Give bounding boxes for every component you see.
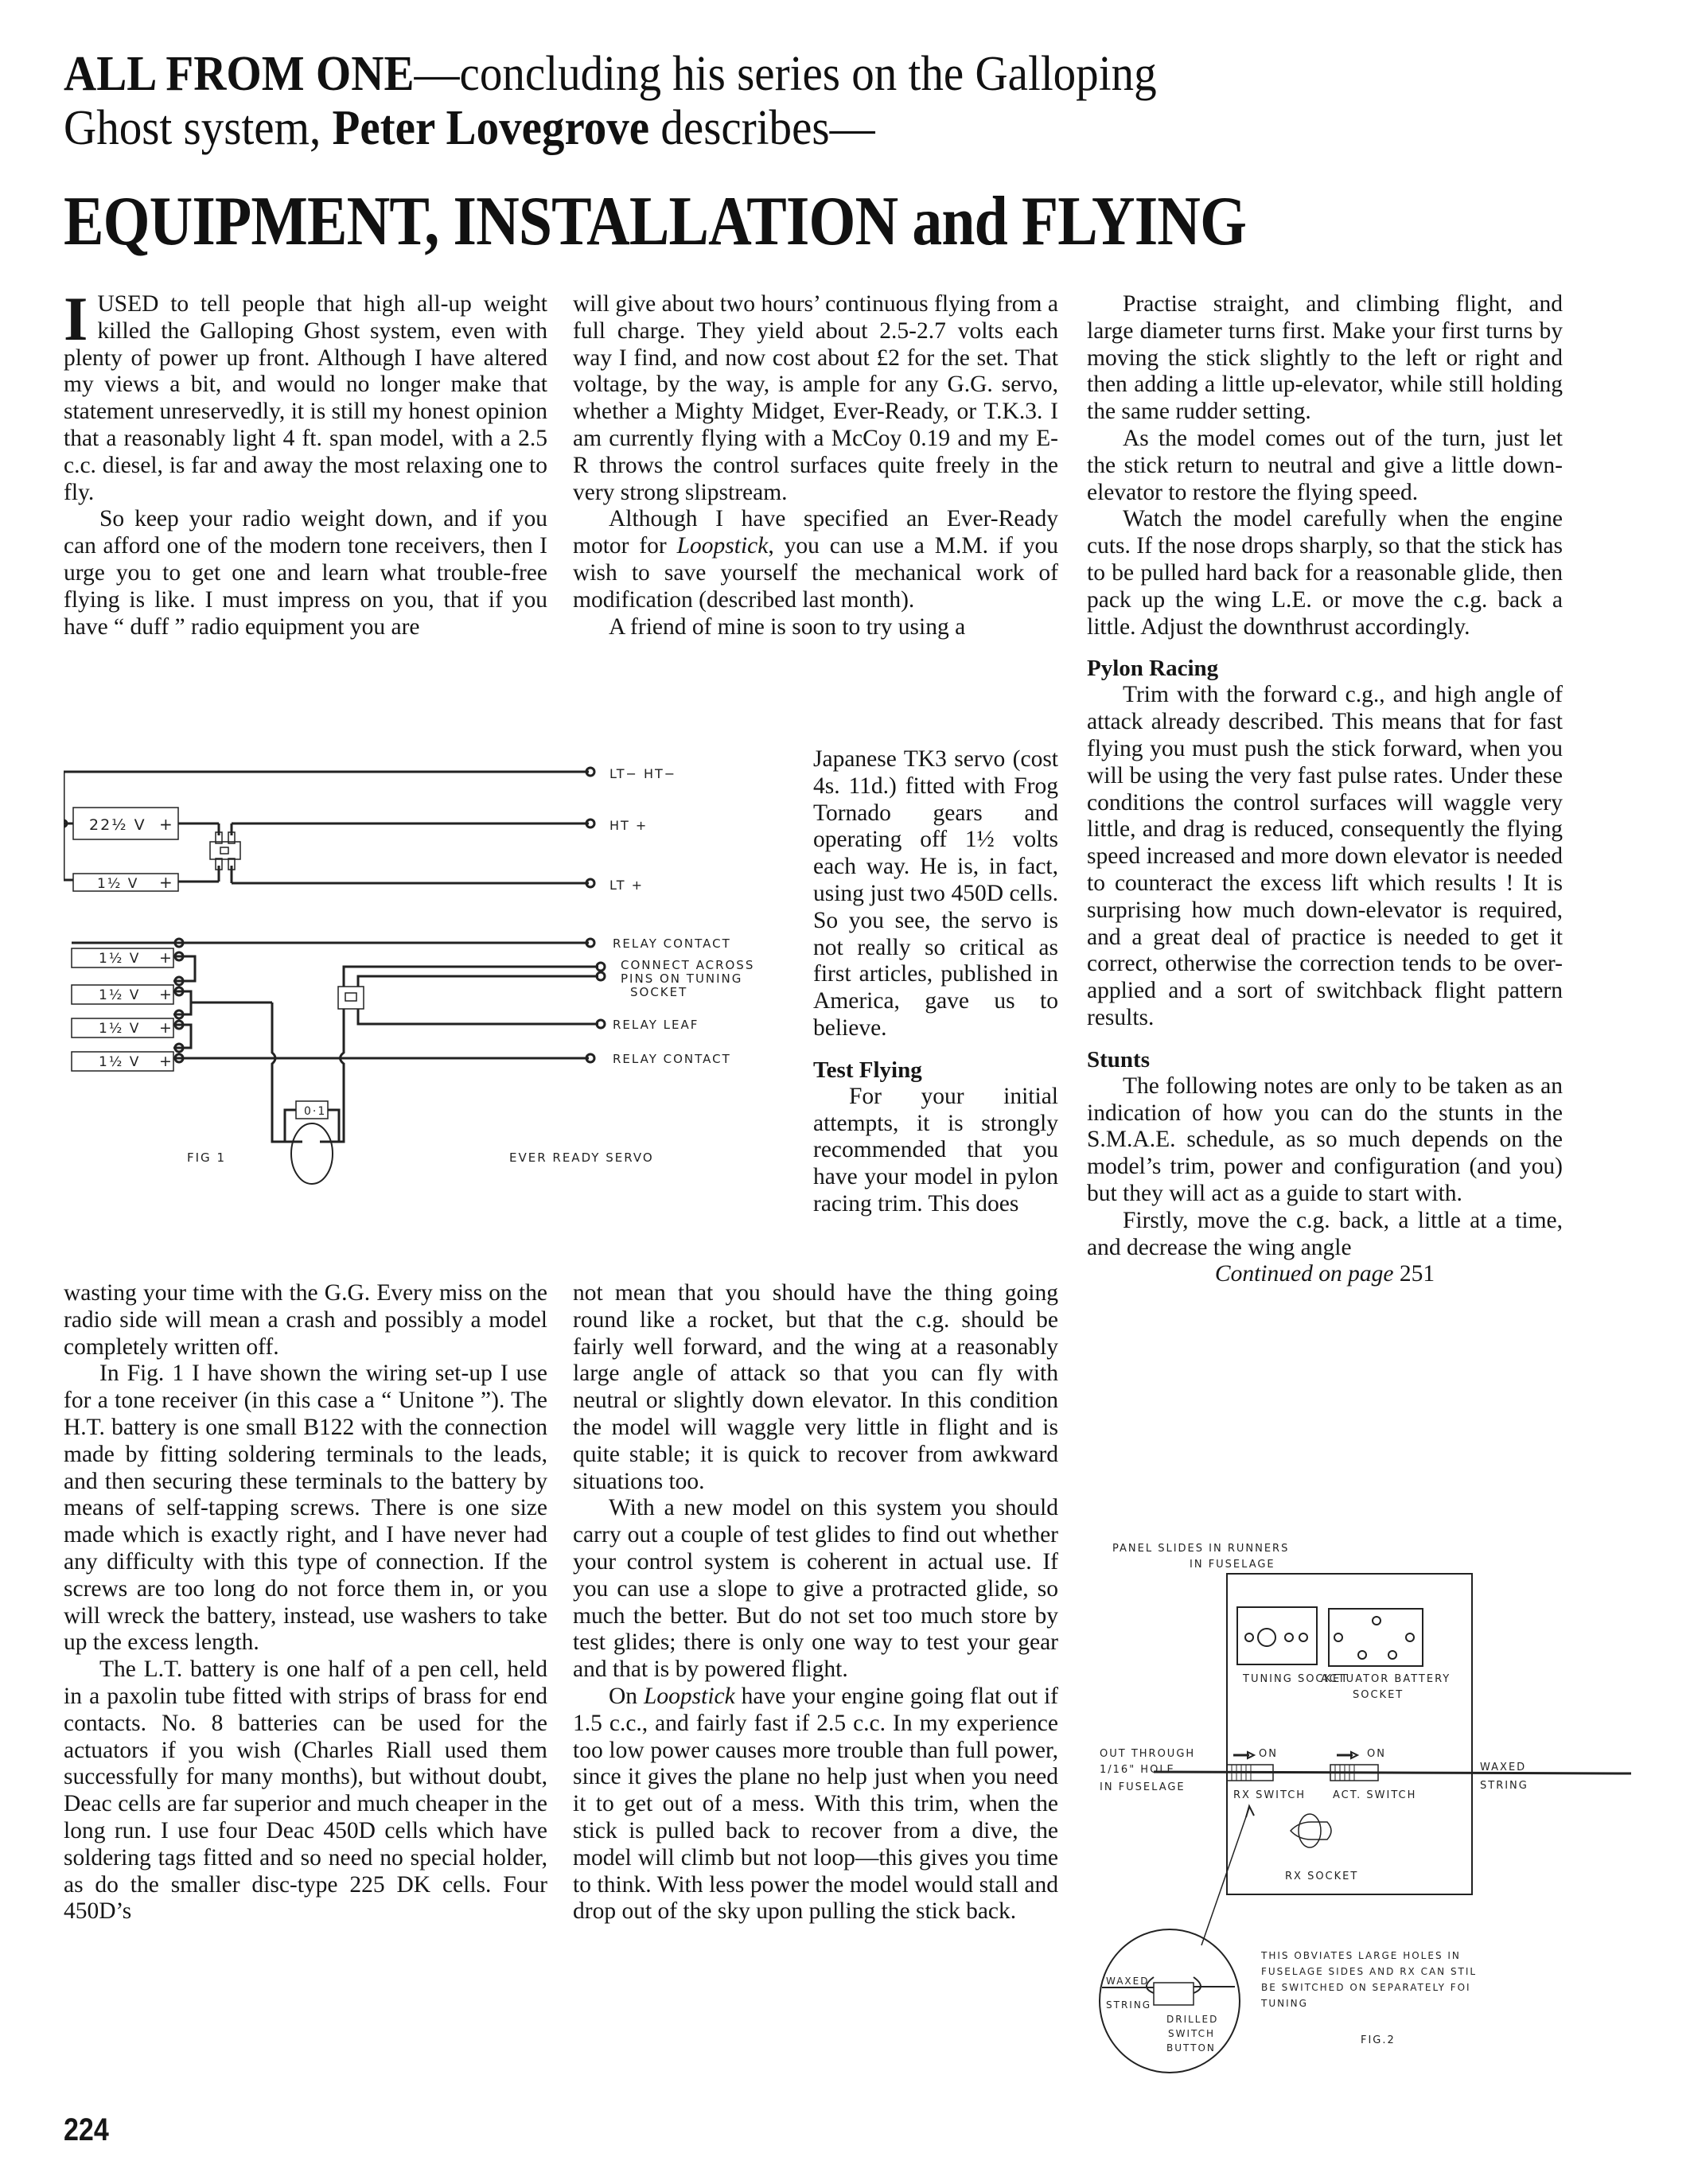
paragraph: will give about two hours’ continuous fl… <box>573 291 1058 506</box>
model-name: Loopstick <box>644 1684 735 1709</box>
cell-label: 1½ V <box>99 987 140 1003</box>
article-title: EQUIPMENT, INSTALLATION and FLYING <box>64 181 1246 262</box>
section-heading-stunts: Stunts <box>1087 1046 1563 1073</box>
label-relay-contact-1: RELAY CONTACT <box>613 936 731 951</box>
paragraph: With a new model on this system you shou… <box>573 1495 1058 1684</box>
paragraph: On Loopstick have your engine going flat… <box>573 1684 1058 1925</box>
detail-drilled-1: DRILLED <box>1166 2014 1218 2025</box>
plus-symbol: + <box>159 1053 173 1070</box>
headline-text: Ghost system, <box>64 101 333 155</box>
headline-text: —concluding his series on the Galloping <box>415 47 1157 101</box>
label-connect-1: CONNECT ACROSS <box>621 958 754 972</box>
detail-string: STRING <box>1106 1999 1151 2011</box>
plus-symbol: + <box>159 949 173 967</box>
label-act-switch: ACT. SWITCH <box>1333 1789 1416 1801</box>
label-connect-3: SOCKET <box>630 985 687 999</box>
label-relay-leaf: RELAY LEAF <box>613 1018 699 1032</box>
label-out-2: 1/16" HOLE <box>1100 1764 1175 1776</box>
fig2-panel-diagram: PANEL SLIDES IN RUNNERS IN FUSELAGE TUNI… <box>1090 1536 1647 2085</box>
fig1-wiring-diagram: 22½ V + 1½ V + LT− HT− HT + LT + 1½ V 1½… <box>64 748 804 1249</box>
series-title: ALL FROM ONE <box>64 47 415 101</box>
note-line-2: FUSELAGE SIDES AND RX CAN STIL <box>1261 1966 1477 1977</box>
plus-symbol: + <box>159 815 174 834</box>
fig2-caption: FIG.2 <box>1361 2034 1396 2046</box>
paragraph-text: On <box>609 1684 644 1709</box>
paragraph: For your initial attempts, it is strongl… <box>813 1084 1058 1218</box>
column-2-wrap: Japanese TK3 servo (cost 4s. 11d.) fitte… <box>813 746 1058 1218</box>
cell-label: 1½ V <box>99 1021 140 1037</box>
continued-text: Continued on page <box>1215 1261 1394 1287</box>
column-1-bottom: wasting your time with the G.G. Every mi… <box>64 1280 547 1925</box>
terminal-lt-pos: LT + <box>609 878 644 893</box>
paragraph: wasting your time with the G.G. Every mi… <box>64 1280 547 1361</box>
plus-symbol: + <box>159 1019 173 1037</box>
paragraph: not mean that you should have the thing … <box>573 1280 1058 1495</box>
note-line-4: TUNING <box>1260 1998 1308 2009</box>
note-line-1: THIS OBVIATES LARGE HOLES IN <box>1260 1950 1461 1961</box>
drop-cap: I <box>64 294 88 344</box>
headline-line-1: ALL FROM ONE—concluding his series on th… <box>64 46 1157 103</box>
detail-waxed: WAXED <box>1106 1976 1149 1987</box>
detail-drilled-2: SWITCH <box>1168 2028 1215 2039</box>
note-line-3: BE SWITCHED ON SEPARATELY FOI <box>1261 1982 1471 1993</box>
label-relay-contact-2: RELAY CONTACT <box>613 1052 731 1066</box>
label-on: ON <box>1259 1748 1278 1760</box>
paragraph: Practise straight, and climbing flight, … <box>1087 291 1563 426</box>
cell-label: 1½ V <box>99 1054 140 1070</box>
section-heading-test-flying: Test Flying <box>813 1057 1058 1084</box>
label-actuator-2: SOCKET <box>1353 1689 1404 1701</box>
paragraph: In Fig. 1 I have shown the wiring set-up… <box>64 1361 547 1656</box>
model-name: Loopstick <box>677 533 769 559</box>
paragraph: IUSED to tell people that high all-up we… <box>64 291 547 506</box>
paragraph: As the model comes out of the turn, just… <box>1087 426 1563 506</box>
terminal-ht-pos: HT + <box>609 818 648 833</box>
terminal-lt-ht-neg: LT− HT− <box>609 766 676 781</box>
plus-symbol: + <box>159 986 173 1003</box>
paragraph-text: USED to tell people that high all-up wei… <box>64 291 547 505</box>
paragraph: Japanese TK3 servo (cost 4s. 11d.) fitte… <box>813 746 1058 1042</box>
fig1-caption: FIG 1 <box>187 1150 226 1165</box>
column-1-top: IUSED to tell people that high all-up we… <box>64 291 547 640</box>
label-actuator-1: ACTUATOR BATTERY <box>1321 1673 1451 1685</box>
paragraph: A friend of mine is soon to try using a <box>573 614 1058 641</box>
page-number: 224 <box>64 2112 109 2148</box>
column-2-bottom: not mean that you should have the thing … <box>573 1280 1058 1925</box>
plus-symbol: + <box>159 873 174 892</box>
section-heading-pylon-racing: Pylon Racing <box>1087 655 1563 682</box>
label-connect-2: PINS ON TUNING <box>621 971 742 986</box>
detail-drilled-3: BUTTON <box>1166 2042 1216 2054</box>
fig2-title-2: IN FUSELAGE <box>1190 1559 1275 1571</box>
headline-text: describes— <box>649 101 875 155</box>
paragraph: So keep your radio weight down, and if y… <box>64 506 547 640</box>
label-rx-switch: RX SWITCH <box>1233 1789 1306 1801</box>
paragraph: The L.T. battery is one half of a pen ce… <box>64 1656 547 1925</box>
label-out-3: IN FUSELAGE <box>1100 1781 1186 1793</box>
paragraph: Firstly, move the c.g. back, a little at… <box>1087 1208 1563 1262</box>
label-string: STRING <box>1480 1780 1528 1792</box>
label-rx-socket: RX SOCKET <box>1285 1871 1358 1882</box>
paragraph: Watch the model carefully when the engin… <box>1087 506 1563 640</box>
label-on: ON <box>1367 1748 1386 1760</box>
continued-note: Continued on page 251 <box>1087 1261 1563 1288</box>
label-capacitor: 0·1 <box>304 1105 326 1118</box>
label-battery-ht: 22½ V <box>89 816 146 834</box>
label-servo: EVER READY SERVO <box>509 1150 654 1165</box>
label-waxed: WAXED <box>1480 1762 1526 1773</box>
column-2-top: will give about two hours’ continuous fl… <box>573 291 1058 640</box>
headline-line-2: Ghost system, Peter Lovegrove describes— <box>64 100 875 157</box>
fig2-title-1: PANEL SLIDES IN RUNNERS <box>1112 1543 1289 1555</box>
cell-label: 1½ V <box>99 951 140 967</box>
author-name: Peter Lovegrove <box>333 101 650 155</box>
paragraph: Although I have specified an Ever-Ready … <box>573 506 1058 613</box>
paragraph: Trim with the forward c.g., and high ang… <box>1087 682 1563 1031</box>
paragraph: The following notes are only to be taken… <box>1087 1073 1563 1208</box>
continued-page-number: 251 <box>1400 1261 1435 1287</box>
label-battery-lt: 1½ V <box>97 876 138 892</box>
label-out-1: OUT THROUGH <box>1100 1748 1195 1760</box>
paragraph-text: have your engine going flat out if 1.5 c… <box>573 1684 1058 1924</box>
column-3: Practise straight, and climbing flight, … <box>1087 291 1563 1288</box>
